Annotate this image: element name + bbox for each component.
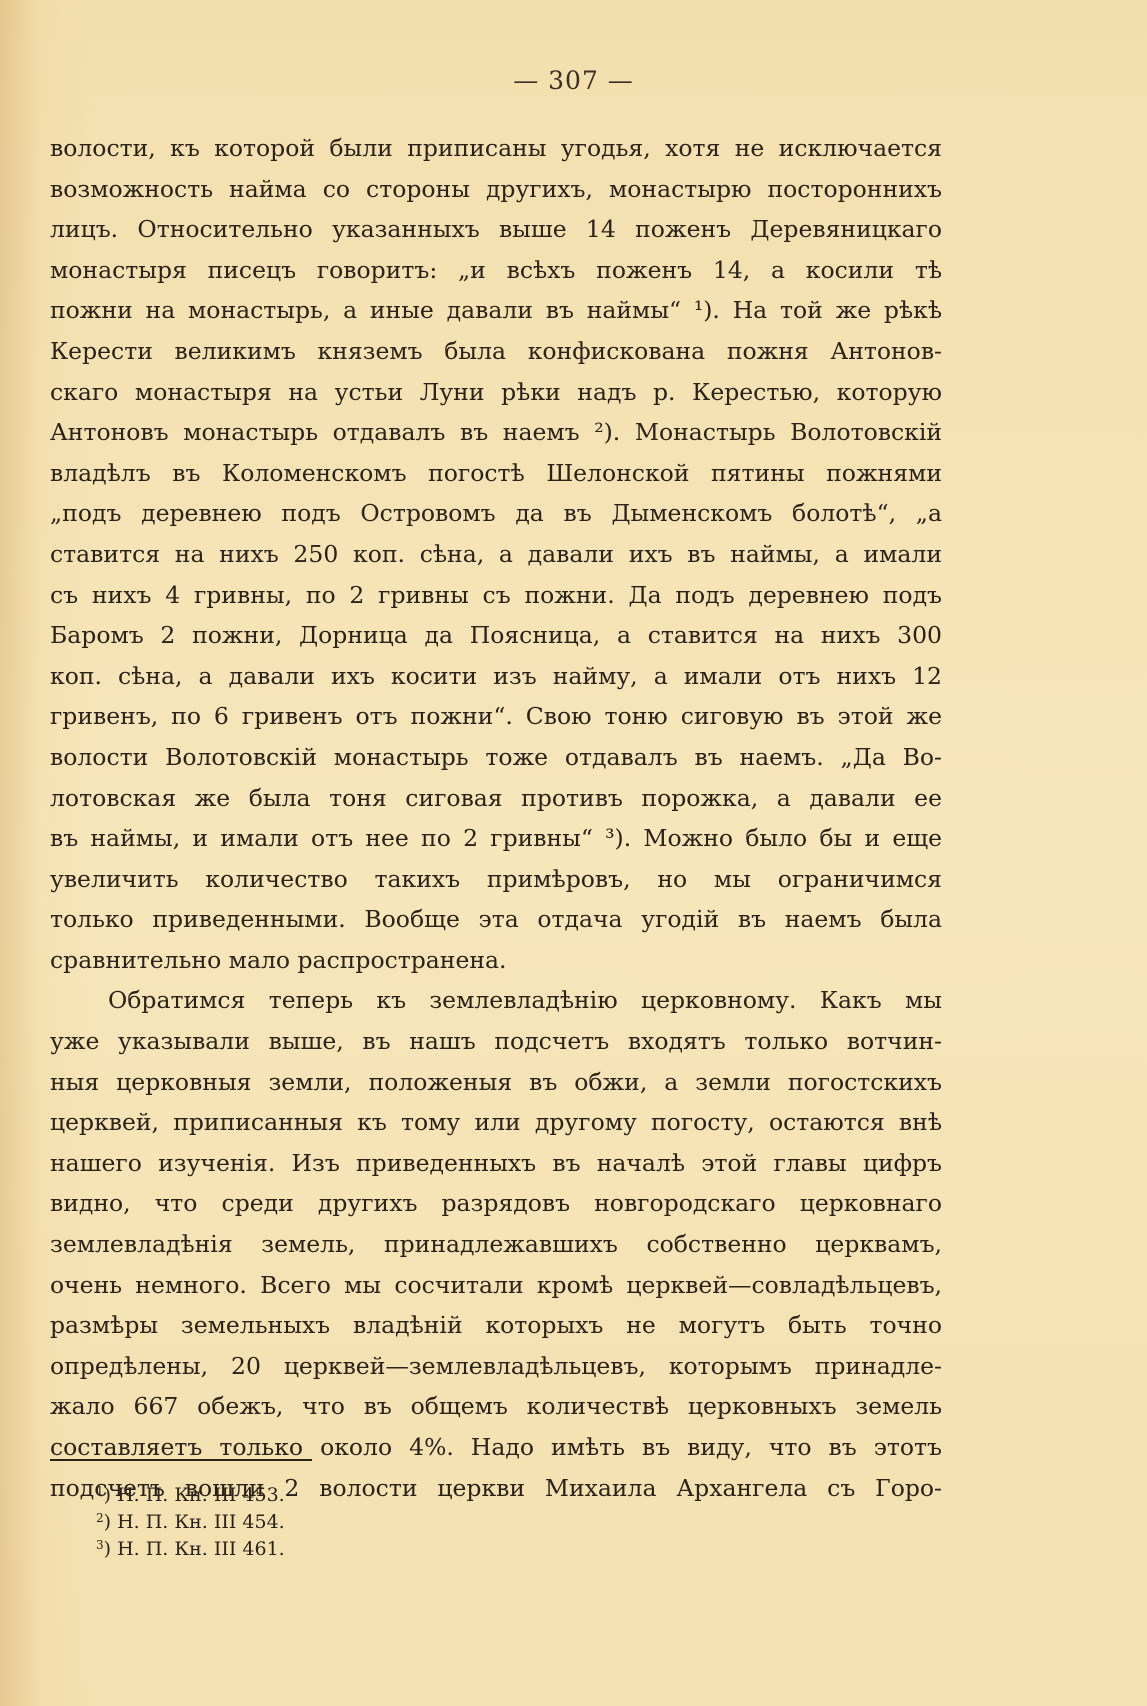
text-line: ставится на нихъ 250 коп. сѣна, а давали… — [50, 534, 942, 575]
footnote-mark: 1 — [96, 1484, 104, 1498]
text-line: лицъ. Относительно указанныхъ выше 14 по… — [50, 209, 942, 250]
footnote-1: 1) Н. П. Кн. III 453. — [96, 1478, 285, 1505]
footnote-3: 3) Н. П. Кн. III 461. — [96, 1532, 285, 1559]
text-line: монастыря писецъ говоритъ: „и всѣхъ поже… — [50, 250, 942, 291]
footnote-text: ) Н. П. Кн. III 461. — [104, 1538, 285, 1560]
text-line: видно, что среди другихъ разрядовъ новго… — [50, 1183, 942, 1224]
text-line: только приведенными. Вообще эта отдача у… — [50, 899, 942, 940]
footnote-divider — [50, 1459, 312, 1461]
text-line: очень немного. Всего мы сосчитали кромѣ … — [50, 1265, 942, 1306]
text-line: скаго монастыря на устьи Луни рѣки надъ … — [50, 372, 942, 413]
text-line: уже указывали выше, въ нашъ подсчетъ вхо… — [50, 1021, 942, 1062]
text-line: въ наймы, и имали отъ нее по 2 гривны“ ³… — [50, 818, 942, 859]
text-line: церквей, приписанныя къ тому или другому… — [50, 1102, 942, 1143]
paragraph-start-line: Обратимся теперь къ землевладѣнію церков… — [50, 980, 942, 1021]
text-line: волости, къ которой были приписаны угодь… — [50, 128, 942, 169]
footnote-mark: 2 — [96, 1511, 104, 1525]
text-line: лотовская же была тоня сиговая противъ п… — [50, 778, 942, 819]
footnotes: 1) Н. П. Кн. III 453. 2) Н. П. Кн. III 4… — [96, 1478, 285, 1559]
text-line: ныя церковныя земли, положеныя въ обжи, … — [50, 1062, 942, 1103]
footnote-text: ) Н. П. Кн. III 453. — [104, 1484, 285, 1506]
text-line: съ нихъ 4 гривны, по 2 гривны съ пожни. … — [50, 575, 942, 616]
text-line: размѣры земельныхъ владѣній которыхъ не … — [50, 1305, 942, 1346]
text-line: нашего изученія. Изъ приведенныхъ въ нач… — [50, 1143, 942, 1184]
text-line: жало 667 обежъ, что въ общемъ количествѣ… — [50, 1386, 942, 1427]
text-line: Антоновъ монастырь отдавалъ въ наемъ ²).… — [50, 412, 942, 453]
text-line: „подъ деревнею подъ Островомъ да въ Дыме… — [50, 493, 942, 534]
text-line: Керести великимъ княземъ была конфискова… — [50, 331, 942, 372]
text-line: опредѣлены, 20 церквей—землевладѣльцевъ,… — [50, 1346, 942, 1387]
text-line: владѣлъ въ Коломенскомъ погостѣ Шелонско… — [50, 453, 942, 494]
text-line: увеличить количество такихъ примѣровъ, н… — [50, 859, 942, 900]
text-line: пожни на монастырь, а иные давали въ най… — [50, 290, 942, 331]
text-line: составляетъ только около 4%. Надо имѣть … — [50, 1427, 942, 1468]
footnote-text: ) Н. П. Кн. III 454. — [104, 1511, 285, 1533]
text-line: возможность найма со стороны другихъ, мо… — [50, 169, 942, 210]
text-line: землевладѣнія земель, принадлежавшихъ со… — [50, 1224, 942, 1265]
text-line: коп. сѣна, а давали ихъ косити изъ найму… — [50, 656, 942, 697]
text-line: волости Волотовскій монастырь тоже отдав… — [50, 737, 942, 778]
paragraph-end-line: сравнительно мало распространена. — [50, 940, 942, 981]
text-line: Баромъ 2 пожни, Дорница да Поясница, а с… — [50, 615, 942, 656]
page-number: — 307 — — [0, 66, 1147, 95]
body-text: волости, къ которой были приписаны угодь… — [50, 128, 942, 1508]
text-line: гривенъ, по 6 гривенъ отъ пожни“. Свою т… — [50, 696, 942, 737]
footnote-2: 2) Н. П. Кн. III 454. — [96, 1505, 285, 1532]
footnote-mark: 3 — [96, 1538, 104, 1552]
